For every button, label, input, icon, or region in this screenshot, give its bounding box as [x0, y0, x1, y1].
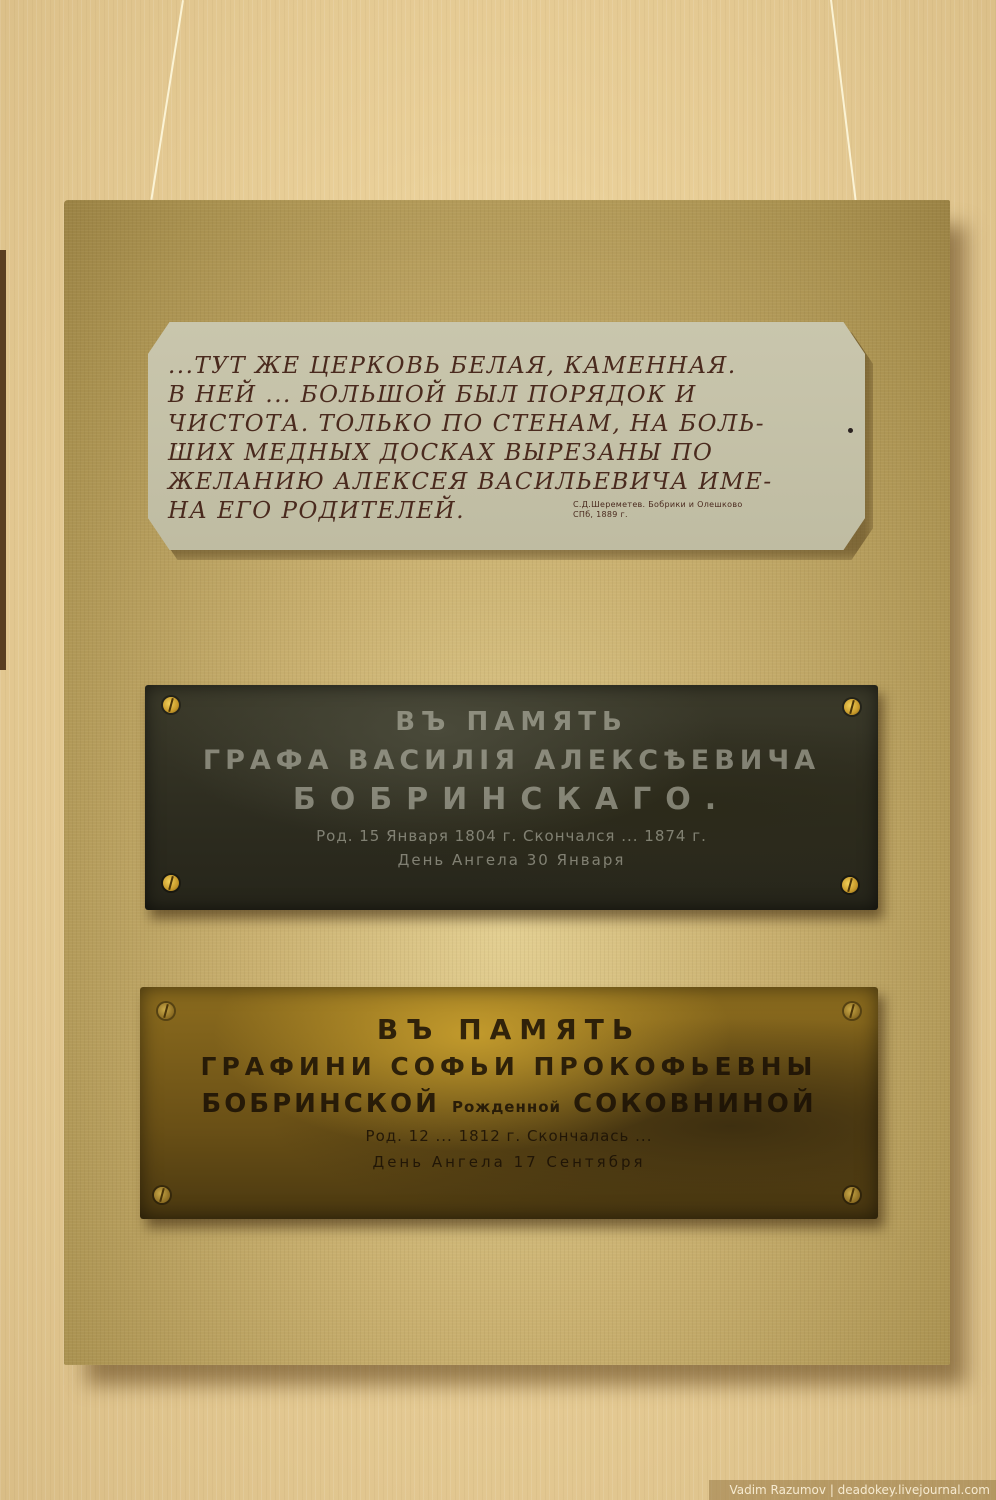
screw-icon — [844, 1187, 860, 1203]
plaque-surname: БОБРИНСКАГО. — [145, 782, 878, 817]
screw-icon — [163, 697, 179, 713]
plaque-maiden-name: СОКОВНИНОЙ — [573, 1089, 817, 1119]
plaque-name-day: День Ангела 17 Сентября — [140, 1153, 878, 1171]
plaque-heading: ВЪ ПАМЯТЬ — [145, 707, 878, 737]
photo-watermark: Vadim Razumov | deadokey.livejournal.com — [709, 1480, 996, 1500]
pin-icon — [176, 446, 181, 451]
memorial-plaque-brass: ВЪ ПАМЯТЬ ГРАФИНИ СОФЬИ ПРОКОФЬЕВНЫ БОБР… — [140, 987, 878, 1219]
screw-icon — [844, 1003, 860, 1019]
quote-line: В ней ... большой был порядок и — [168, 381, 858, 410]
adjacent-frame-edge — [0, 250, 6, 670]
hanging-wire-right — [830, 0, 857, 203]
plaque-name: ГРАФА ВАСИЛIЯ АЛЕКСѢЕВИЧА — [145, 745, 878, 776]
plaque-name-day: День Ангела 30 Января — [145, 851, 878, 869]
quote-line: ших медных досках вырезаны по — [168, 439, 858, 468]
plaque-surname-row: БОБРИНСКОЙ Рожденной СОКОВНИНОЙ — [140, 1089, 878, 1119]
hanging-wire-left — [150, 0, 184, 200]
screw-icon — [842, 877, 858, 893]
plaque-name: ГРАФИНИ СОФЬИ ПРОКОФЬЕВНЫ — [140, 1052, 878, 1081]
screw-icon — [163, 875, 179, 891]
quote-line: на его родителей. — [168, 497, 858, 526]
attribution-author: С.Д.Шереметев. Бобрики и Олешково — [573, 500, 743, 510]
plaque-surname: БОБРИНСКОЙ — [201, 1089, 440, 1119]
plaque-2-text: ВЪ ПАМЯТЬ ГРАФИНИ СОФЬИ ПРОКОФЬЕВНЫ БОБР… — [140, 987, 878, 1171]
quote-text: ...Тут же церковь белая, каменная. В ней… — [168, 352, 858, 526]
plaque-heading: ВЪ ПАМЯТЬ — [140, 1013, 878, 1046]
screw-icon — [154, 1187, 170, 1203]
plaque-dates: Род. 12 ... 1812 г. Скончалась ... — [140, 1127, 878, 1145]
plaque-dates: Род. 15 Января 1804 г. Скончался ... 187… — [145, 827, 878, 845]
quote-line: ...Тут же церковь белая, каменная. — [168, 352, 858, 381]
quote-line: чистота. Только по стенам, на боль- — [168, 410, 858, 439]
quote-card: ...Тут же церковь белая, каменная. В ней… — [148, 322, 865, 550]
pin-icon — [848, 428, 853, 433]
attribution-place-year: СПб, 1889 г. — [573, 510, 743, 520]
screw-icon — [844, 699, 860, 715]
quote-attribution: С.Д.Шереметев. Бобрики и Олешково СПб, 1… — [573, 500, 743, 520]
memorial-plaque-iron: ВЪ ПАМЯТЬ ГРАФА ВАСИЛIЯ АЛЕКСѢЕВИЧА БОБР… — [145, 685, 878, 910]
plaque-nee-label: Рожденной — [452, 1098, 561, 1116]
plaque-1-text: ВЪ ПАМЯТЬ ГРАФА ВАСИЛIЯ АЛЕКСѢЕВИЧА БОБР… — [145, 685, 878, 869]
quote-line: желанию Алексея Васильевича име- — [168, 468, 858, 497]
screw-icon — [158, 1003, 174, 1019]
